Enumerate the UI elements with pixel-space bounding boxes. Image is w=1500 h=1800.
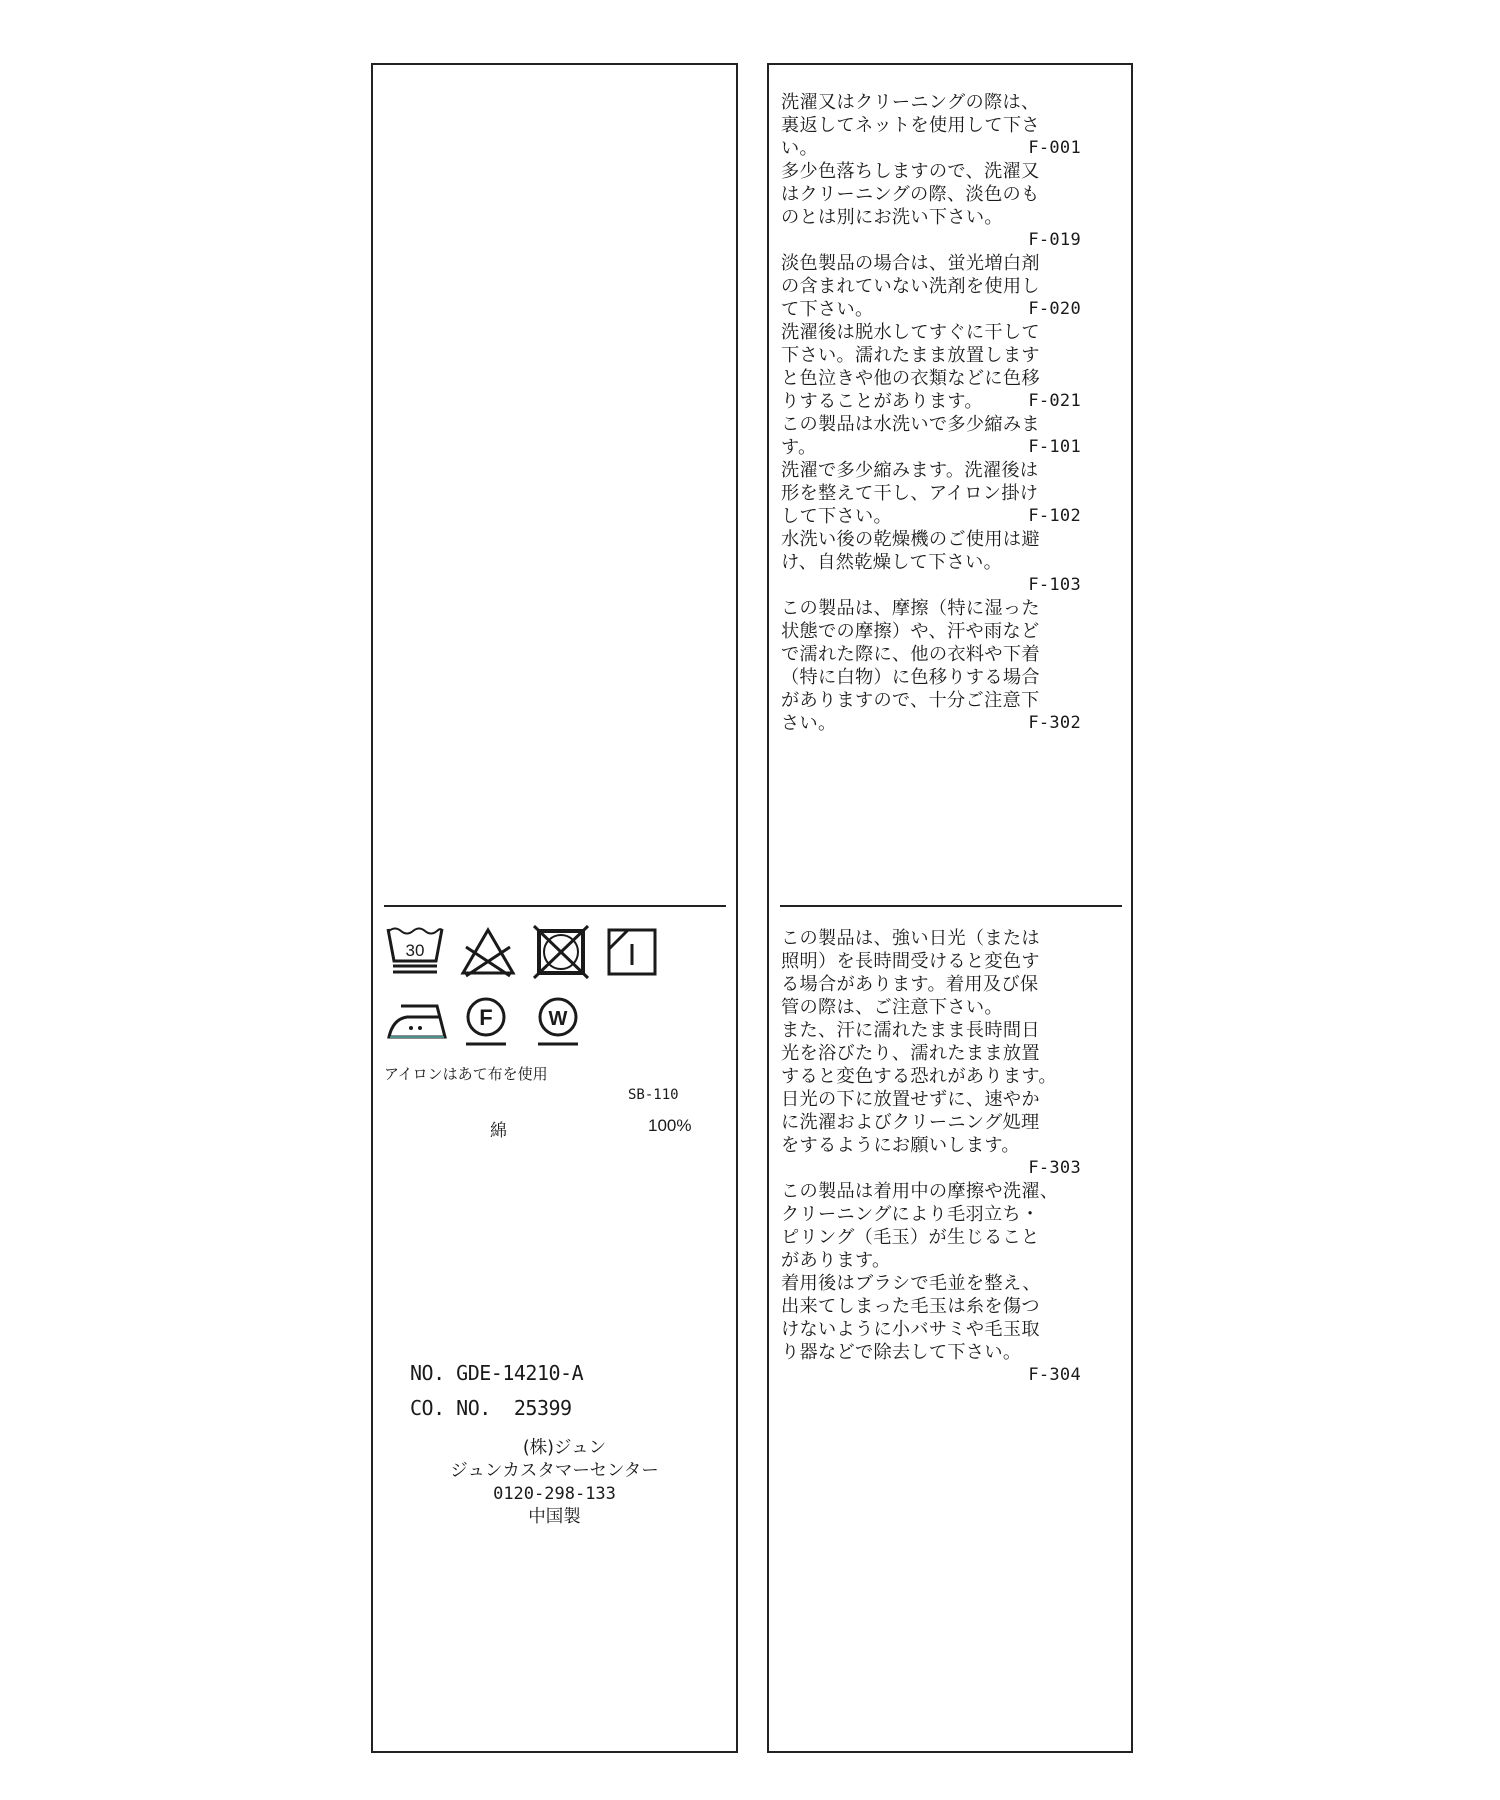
care-line: 淡色製品の場合は、蛍光増白剤: [781, 252, 1081, 275]
care-text: この製品は水洗いで多少縮みま: [781, 414, 1040, 435]
care-text: 下さい。濡れたまま放置します: [781, 345, 1040, 366]
drip-dry-shade-icon: [606, 927, 660, 977]
material-name: 綿: [490, 1116, 507, 1141]
care-line: F-019: [781, 229, 1081, 252]
svg-text:F: F: [479, 1005, 492, 1030]
iron-low-icon: [387, 1001, 451, 1041]
care-text: て下さい。: [781, 299, 873, 320]
care-line: をするようにお願いします。: [781, 1134, 1081, 1157]
care-instructions-bottom: この製品は、強い日光（または照明）を長時間受けると変色する場合があります。着用及…: [781, 927, 1081, 1387]
care-line: い。F-001: [781, 137, 1081, 160]
care-text: この製品は着用中の摩擦や洗濯、: [781, 1181, 1058, 1202]
care-text: さい。: [781, 713, 836, 734]
co-number: CO. NO. 25399: [410, 1396, 572, 1420]
care-line: この製品は水洗いで多少縮みま: [781, 413, 1081, 436]
care-text: けないように小バサミや毛玉取: [781, 1319, 1040, 1340]
care-line: さい。F-302: [781, 712, 1081, 735]
care-text: 多少色落ちしますので、洗濯又: [781, 161, 1039, 182]
care-text: をするようにお願いします。: [781, 1135, 1020, 1156]
care-line: また、汗に濡れたまま長時間日: [781, 1019, 1081, 1042]
care-line: け、自然乾燥して下さい。: [781, 551, 1081, 574]
care-line: この製品は着用中の摩擦や洗濯、: [781, 1180, 1081, 1203]
instruction-code: F-103: [1028, 574, 1081, 597]
section-divider: [780, 905, 1122, 907]
care-line: のとは別にお洗い下さい。: [781, 206, 1081, 229]
company-name: (株)ジュン: [373, 1437, 736, 1460]
no-tumble-dry-icon: [531, 925, 591, 979]
care-line: の含まれていない洗剤を使用し: [781, 275, 1081, 298]
svg-text:30: 30: [406, 941, 425, 960]
care-text: はクリーニングの際、淡色のも: [781, 184, 1039, 205]
care-line: る場合があります。着用及び保: [781, 973, 1081, 996]
care-text: い。: [781, 138, 818, 159]
care-text: け、自然乾燥して下さい。: [781, 552, 1002, 573]
care-text: り器などで除去して下さい。: [781, 1342, 1021, 1363]
care-line: 洗濯又はクリーニングの際は、: [781, 91, 1081, 114]
care-line: F-304: [781, 1364, 1081, 1387]
section-divider: [384, 905, 726, 907]
care-text: 洗濯又はクリーニングの際は、: [781, 92, 1039, 113]
no-bleach-icon: [458, 927, 518, 979]
care-text: 着用後はブラシで毛並を整え、: [781, 1273, 1041, 1294]
care-text: 洗濯で多少縮みます。洗濯後は: [781, 460, 1038, 481]
instruction-code: F-304: [1028, 1364, 1081, 1387]
care-text: がありますので、十分ご注意下: [781, 690, 1039, 711]
care-text: 裏返してネットを使用して下さ: [781, 115, 1040, 136]
care-text: また、汗に濡れたまま長時間日: [781, 1020, 1040, 1041]
care-instructions-top: 洗濯又はクリーニングの際は、裏返してネットを使用して下さい。F-001多少色落ち…: [781, 91, 1081, 735]
wash-30-gentle-icon: 30: [385, 925, 445, 977]
instruction-code: F-102: [1028, 505, 1081, 528]
care-line: 形を整えて干し、アイロン掛け: [781, 482, 1081, 505]
care-line: がありますので、十分ご注意下: [781, 689, 1081, 712]
wet-clean-w-icon: W: [533, 996, 583, 1048]
care-text: 状態での摩擦）や、汗や雨など: [781, 621, 1039, 642]
care-line: 洗濯後は脱水してすぐに干して: [781, 321, 1081, 344]
care-line: 管の際は、ご注意下さい。: [781, 996, 1081, 1019]
symbol-code: SB-110: [628, 1087, 679, 1103]
care-text: この製品は、強い日光（または: [781, 928, 1040, 949]
care-text: この製品は、摩擦（特に湿った: [781, 598, 1040, 619]
care-line: す。F-101: [781, 436, 1081, 459]
care-text: 照明）を長時間受けると変色す: [781, 951, 1040, 972]
care-text: 淡色製品の場合は、蛍光増白剤: [781, 253, 1040, 274]
care-line: 洗濯で多少縮みます。洗濯後は: [781, 459, 1081, 482]
care-line: 光を浴びたり、濡れたまま放置: [781, 1042, 1081, 1065]
care-line: はクリーニングの際、淡色のも: [781, 183, 1081, 206]
care-text: （特に白物）に色移りする場合: [781, 667, 1040, 688]
care-line: りすることがあります。F-021: [781, 390, 1081, 413]
instruction-code: F-001: [1028, 137, 1081, 160]
care-line: に洗濯およびクリーニング処理: [781, 1111, 1081, 1134]
care-line: て下さい。F-020: [781, 298, 1081, 321]
care-text: 水洗い後の乾燥機のご使用は避: [781, 529, 1040, 550]
care-line: 状態での摩擦）や、汗や雨など: [781, 620, 1081, 643]
care-label-right: 洗濯又はクリーニングの際は、裏返してネットを使用して下さい。F-001多少色落ち…: [767, 63, 1133, 1753]
instruction-code: F-020: [1028, 298, 1081, 321]
company-block: (株)ジュン ジュンカスタマーセンター 0120-298-133 中国製: [373, 1437, 736, 1529]
care-text: す。: [781, 437, 817, 458]
care-text: して下さい。: [781, 506, 892, 527]
country-of-origin: 中国製: [373, 1506, 736, 1529]
care-line: して下さい。F-102: [781, 505, 1081, 528]
care-text: る場合があります。着用及び保: [781, 974, 1038, 995]
care-line: この製品は、摩擦（特に湿った: [781, 597, 1081, 620]
care-text: で濡れた際に、他の衣料や下着: [781, 644, 1040, 665]
care-line: と色泣きや他の衣類などに色移: [781, 367, 1081, 390]
phone-number: 0120-298-133: [373, 1483, 736, 1506]
care-text: りすることがあります。: [781, 391, 983, 412]
care-text: クリーニングにより毛羽立ち・: [781, 1204, 1039, 1225]
care-text: に洗濯およびクリーニング処理: [781, 1112, 1039, 1133]
care-label-left: 30 F W アイロンはあて布を使用 SB-110 綿 100% NO.: [371, 63, 738, 1753]
care-line: 裏返してネットを使用して下さ: [781, 114, 1081, 137]
dry-clean-f-icon: F: [461, 996, 511, 1048]
material-percent: 100%: [648, 1116, 691, 1136]
svg-text:W: W: [549, 1008, 568, 1030]
care-text: 洗濯後は脱水してすぐに干して: [781, 322, 1040, 343]
care-line: （特に白物）に色移りする場合: [781, 666, 1081, 689]
instruction-code: F-302: [1028, 712, 1081, 735]
care-line: F-303: [781, 1157, 1081, 1180]
care-text: ピリング（毛玉）が生じること: [781, 1227, 1039, 1248]
instruction-code: F-019: [1028, 229, 1081, 252]
care-line: けないように小バサミや毛玉取: [781, 1318, 1081, 1341]
instruction-code: F-021: [1028, 390, 1081, 413]
care-line: クリーニングにより毛羽立ち・: [781, 1203, 1081, 1226]
instruction-code: F-101: [1028, 436, 1081, 459]
care-text: すると変色する恐れがあります。: [781, 1066, 1057, 1087]
care-line: があります。: [781, 1249, 1081, 1272]
care-text: 出来てしまった毛玉は糸を傷つ: [781, 1296, 1040, 1317]
care-text: 形を整えて干し、アイロン掛け: [781, 483, 1038, 504]
care-text: 日光の下に放置せずに、速やか: [781, 1089, 1040, 1110]
care-line: この製品は、強い日光（または: [781, 927, 1081, 950]
care-line: F-103: [781, 574, 1081, 597]
care-line: 多少色落ちしますので、洗濯又: [781, 160, 1081, 183]
care-line: り器などで除去して下さい。: [781, 1341, 1081, 1364]
care-line: で濡れた際に、他の衣料や下着: [781, 643, 1081, 666]
care-line: 下さい。濡れたまま放置します: [781, 344, 1081, 367]
care-text: 光を浴びたり、濡れたまま放置: [781, 1043, 1040, 1064]
care-line: 日光の下に放置せずに、速やか: [781, 1088, 1081, 1111]
care-text: のとは別にお洗い下さい。: [781, 207, 1003, 228]
care-text: の含まれていない洗剤を使用し: [781, 276, 1040, 297]
instruction-code: F-303: [1028, 1157, 1081, 1180]
care-text: があります。: [781, 1250, 890, 1271]
care-text: と色泣きや他の衣類などに色移: [781, 368, 1040, 389]
care-line: 着用後はブラシで毛並を整え、: [781, 1272, 1081, 1295]
care-line: 出来てしまった毛玉は糸を傷つ: [781, 1295, 1081, 1318]
care-line: 照明）を長時間受けると変色す: [781, 950, 1081, 973]
care-line: ピリング（毛玉）が生じること: [781, 1226, 1081, 1249]
care-line: すると変色する恐れがあります。: [781, 1065, 1081, 1088]
iron-note: アイロンはあて布を使用: [384, 1063, 548, 1084]
care-text: 管の際は、ご注意下さい。: [781, 997, 1003, 1018]
care-line: 水洗い後の乾燥機のご使用は避: [781, 528, 1081, 551]
product-number: NO. GDE-14210-A: [410, 1361, 583, 1385]
customer-center: ジュンカスタマーセンター: [373, 1460, 736, 1483]
